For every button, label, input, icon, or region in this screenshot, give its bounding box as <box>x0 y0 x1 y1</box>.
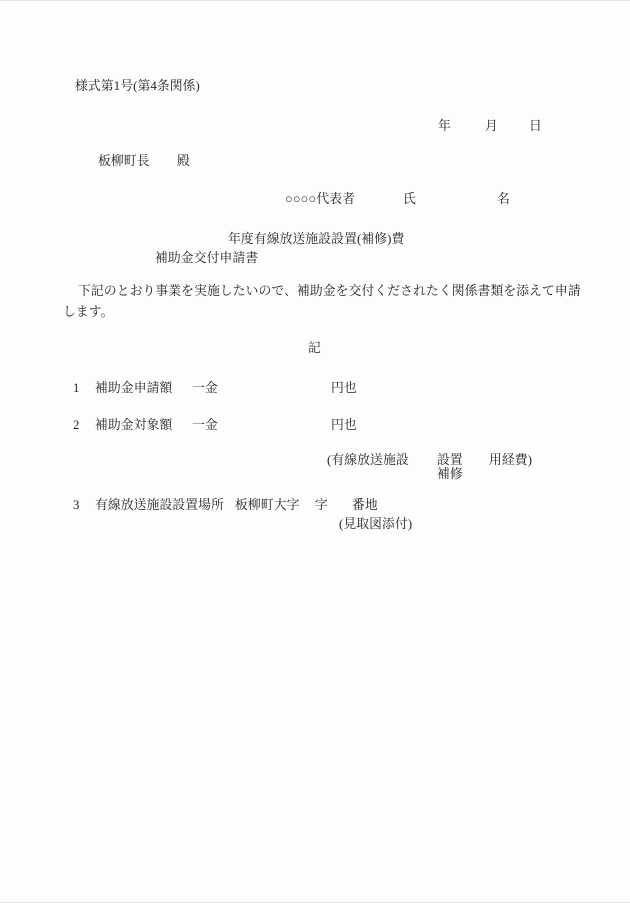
item1-amount-suffix: 円也 <box>331 382 357 395</box>
item3-number: 3 <box>73 499 80 512</box>
item2-amount-suffix: 円也 <box>331 419 357 432</box>
expense-note-option-setup: 設置 <box>437 454 463 467</box>
body-text-line2: します。 <box>63 306 114 319</box>
date-year-label: 年 <box>438 120 451 133</box>
expense-note-open: (有線放送施設 <box>327 454 409 467</box>
record-marker: 記 <box>308 342 321 355</box>
item1-label: 補助金申請額 <box>95 382 172 395</box>
addressee-honorific: 殿 <box>177 155 190 168</box>
item3-place-part1: 板柳町大字 <box>235 499 299 512</box>
expense-note-close: 用経費) <box>489 454 532 467</box>
representative-surname-label: 氏 <box>403 193 416 206</box>
date-month-label: 月 <box>485 120 498 133</box>
form-title-line1: 年度有線放送施設設置(補修)費 <box>228 233 404 246</box>
representative-org: ○○○○代表者 <box>285 193 355 206</box>
form-number-label: 様式第1号(第4条関係) <box>75 80 200 93</box>
addressee-name: 板柳町長 <box>98 155 150 168</box>
item1-amount-prefix: 一金 <box>192 382 218 395</box>
form-title-line2: 補助金交付申請書 <box>155 252 258 265</box>
item1-number: 1 <box>73 382 80 395</box>
body-text-line1: 下記のとおり事業を実施したいので、補助金を交付くだされたく関係書類を添えて申請 <box>78 285 581 298</box>
expense-note-option-repair: 補修 <box>437 468 463 481</box>
item2-label: 補助金対象額 <box>95 419 172 432</box>
date-day-label: 日 <box>529 120 542 133</box>
item2-number: 2 <box>73 419 80 432</box>
representative-givenname-label: 名 <box>497 193 510 206</box>
item3-place-part2: 字 <box>315 499 328 512</box>
item2-amount-prefix: 一金 <box>192 419 218 432</box>
item3-label: 有線放送施設設置場所 <box>95 499 224 512</box>
item3-place-part3: 番地 <box>352 499 378 512</box>
subsidy-application-form-page: 様式第1号(第4条関係) 年 月 日 板柳町長 殿 ○○○○代表者 氏 名 年度… <box>0 0 630 903</box>
attachment-note: (見取図添付) <box>339 518 412 531</box>
